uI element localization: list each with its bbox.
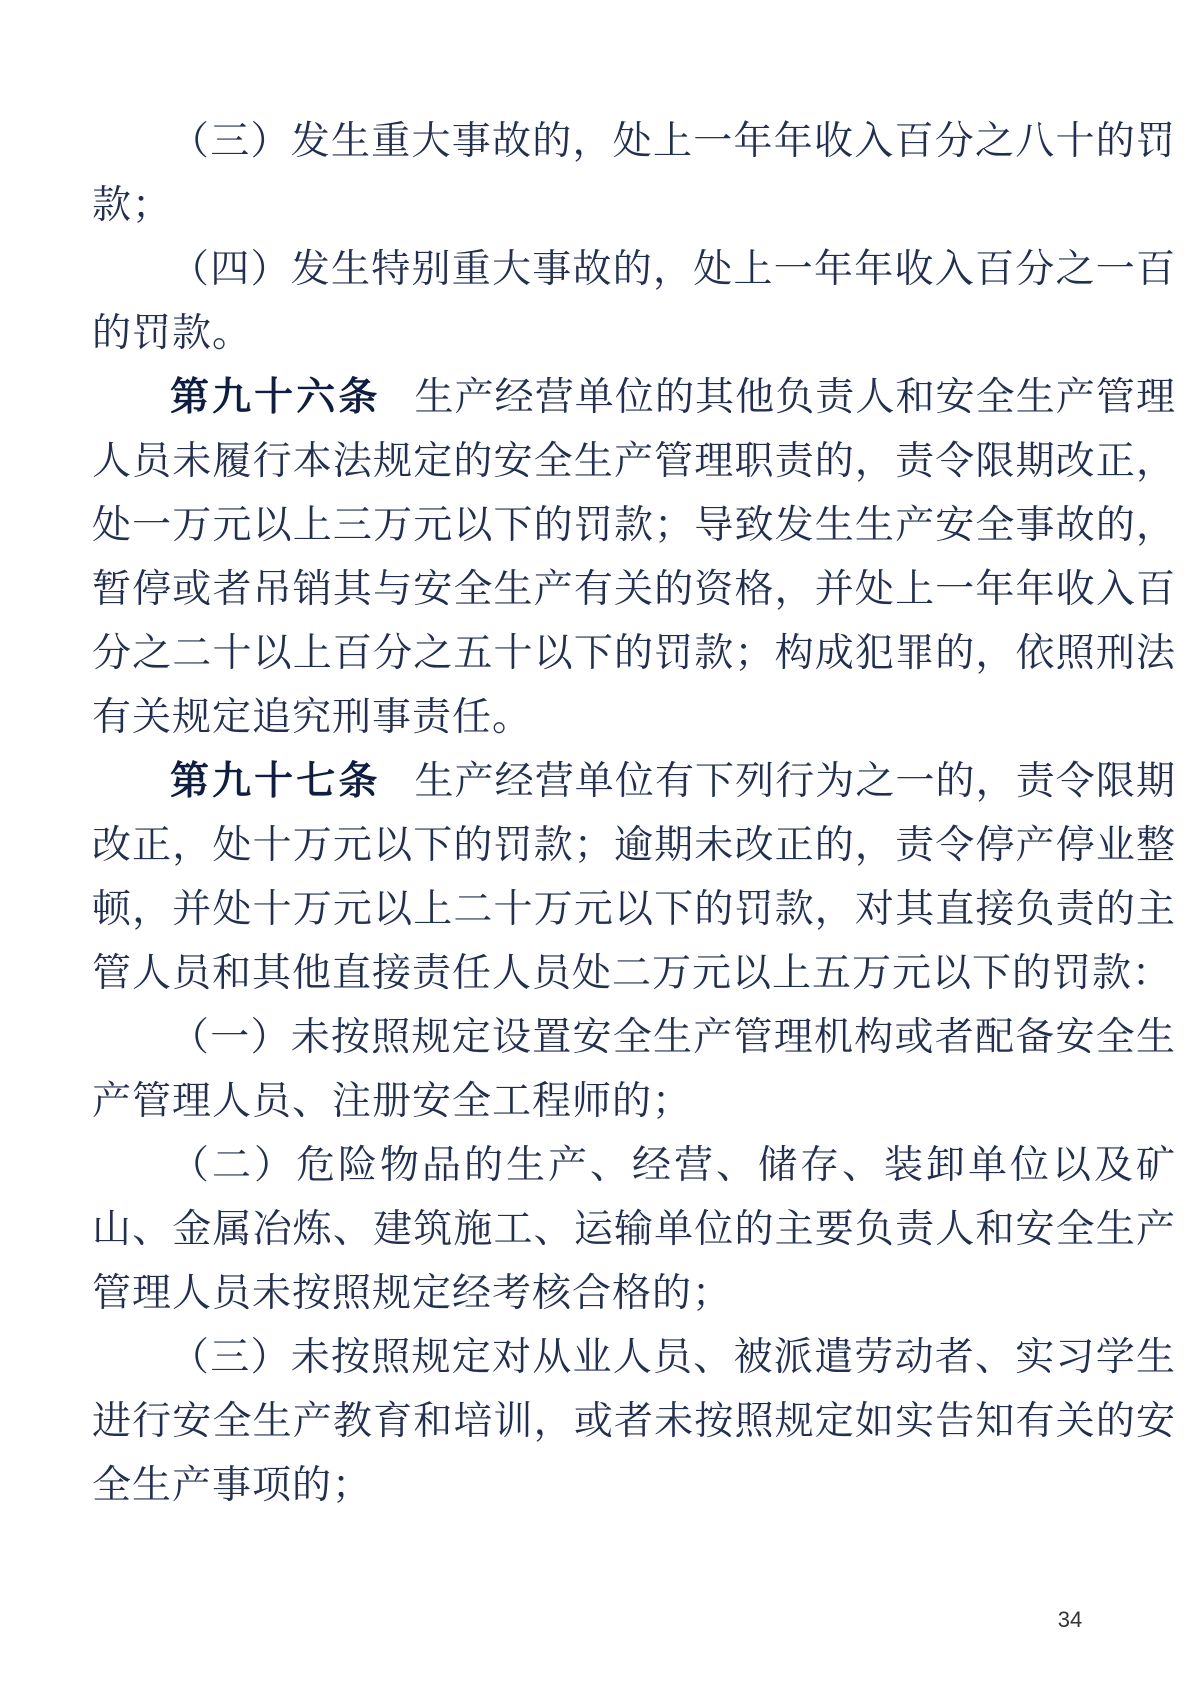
- paragraph: （一）未按照规定设置安全生产管理机构或者配备安全生产管理人员、注册安全工程师的；: [92, 1006, 1176, 1134]
- paragraph-text: （一）未按照规定设置安全生产管理机构或者配备安全生产管理人员、注册安全工程师的；: [92, 1016, 1176, 1123]
- document-body: （三）发生重大事故的，处上一年年收入百分之八十的罚款； （四）发生特别重大事故的…: [92, 110, 1176, 1518]
- paragraph-text: （四）发生特别重大事故的，处上一年年收入百分之一百的罚款。: [92, 248, 1176, 355]
- paragraph: （三）未按照规定对从业人员、被派遣劳动者、实习学生进行安全生产教育和培训，或者未…: [92, 1326, 1176, 1518]
- paragraph-text: （二）危险物品的生产、经营、储存、装卸单位以及矿山、金属冶炼、建筑施工、运输单位…: [92, 1144, 1176, 1315]
- article-number: 第九十七条: [170, 760, 380, 803]
- paragraph-text: 生产经营单位的其他负责人和安全生产管理人员未履行本法规定的安全生产管理职责的，责…: [92, 376, 1176, 739]
- page-number: 34: [1048, 1605, 1092, 1635]
- paragraph: （二）危险物品的生产、经营、储存、装卸单位以及矿山、金属冶炼、建筑施工、运输单位…: [92, 1134, 1176, 1326]
- paragraph: （三）发生重大事故的，处上一年年收入百分之八十的罚款；: [92, 110, 1176, 238]
- page-footer: 34: [0, 1605, 1190, 1645]
- document-page: （三）发生重大事故的，处上一年年收入百分之八十的罚款； （四）发生特别重大事故的…: [0, 0, 1190, 1683]
- article-number: 第九十六条: [170, 376, 380, 419]
- paragraph: （四）发生特别重大事故的，处上一年年收入百分之一百的罚款。: [92, 238, 1176, 366]
- paragraph: 第九十七条生产经营单位有下列行为之一的，责令限期改正，处十万元以下的罚款；逾期未…: [92, 750, 1176, 1006]
- paragraph-text: （三）未按照规定对从业人员、被派遣劳动者、实习学生进行安全生产教育和培训，或者未…: [92, 1336, 1176, 1507]
- paragraph-text: （三）发生重大事故的，处上一年年收入百分之八十的罚款；: [92, 120, 1176, 227]
- paragraph: 第九十六条生产经营单位的其他负责人和安全生产管理人员未履行本法规定的安全生产管理…: [92, 366, 1176, 750]
